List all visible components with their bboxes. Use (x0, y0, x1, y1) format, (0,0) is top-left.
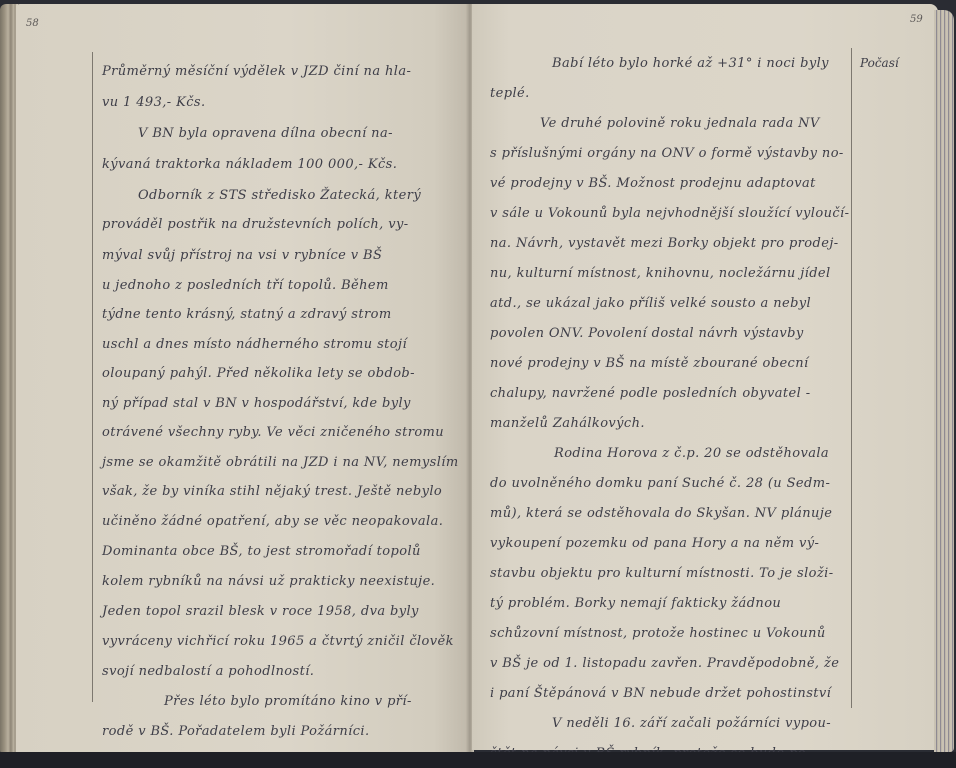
text-line: atd., se ukázal jako příliš velké sousto… (490, 296, 811, 311)
text-line: v BŠ je od 1. listopadu zavřen. Pravděpo… (490, 656, 839, 671)
text-line: v sále u Vokounů byla nejvhodnější slouž… (490, 206, 849, 221)
text-line: do uvolněného domku paní Suché č. 28 (u … (490, 476, 830, 491)
text-line: povolen ONV. Povolení dostal návrh výsta… (490, 326, 804, 341)
text-line: tý problém. Borky nemají fakticky žádnou (490, 596, 781, 611)
text-line: chalupy, navržené podle posledních obyva… (490, 386, 811, 401)
text-line: vu 1 493,- Kčs. (102, 95, 206, 110)
right-page-number: 59 (910, 14, 923, 25)
text-line: nové prodejny v BŠ na místě zbourané obe… (490, 356, 809, 371)
text-line: Průměrný měsíční výdělek v JZD činí na h… (102, 64, 411, 79)
text-line: týdne tento krásný, statný a zdravý stro… (102, 307, 392, 322)
text-line: mýval svůj přístroj na vsi v rybníce v B… (102, 248, 382, 263)
text-line: mů), která se odstěhovala do Skyšan. NV … (490, 506, 832, 521)
text-line: však, že by viníka stihl nějaký trest. J… (102, 484, 442, 499)
text-line: uschl a dnes místo nádherného stromu sto… (102, 337, 407, 352)
text-line: Ve druhé polovině roku jednala rada NV (540, 116, 820, 131)
text-line: na. Návrh, vystavět mezi Borky objekt pr… (490, 236, 839, 251)
text-line: kolem rybníků na návsi už prakticky neex… (102, 574, 435, 589)
text-line: s příslušnými orgány na ONV o formě výst… (490, 146, 844, 161)
text-line: oloupaný pahýl. Před několika lety se ob… (102, 366, 415, 381)
text-line: prováděl postřik na družstevních polích,… (102, 217, 409, 232)
open-book-spread: 58 Průměrný měsíční výdělek v JZD činí n… (0, 0, 956, 768)
left-margin-rule (92, 52, 93, 702)
text-line: vé prodejny v BŠ. Možnost prodejnu adapt… (490, 176, 816, 191)
text-line: učiněno žádné opatření, aby se věc neopa… (102, 514, 443, 529)
text-line: stavbu objektu pro kulturní místnosti. T… (490, 566, 834, 581)
text-line: Odborník z STS středisko Žatecká, který (138, 188, 421, 203)
left-page-number: 58 (26, 18, 39, 29)
text-line: jsme se okamžitě obrátili na JZD i na NV… (102, 455, 459, 470)
text-line: schůzovní místnost, protože hostinec u V… (490, 626, 826, 641)
text-line: otrávené všechny ryby. Ve věci zničeného… (102, 425, 444, 440)
margin-note-weather: Počasí (860, 56, 899, 70)
text-line: Rodina Horova z č.p. 20 se odstěhovala (554, 446, 829, 461)
text-line: Dominanta obce BŠ, to jest stromořadí to… (102, 544, 421, 559)
right-page: 59 Počasí Babí léto bylo horké až +31° i… (472, 4, 938, 750)
text-line: i paní Štěpánová v BN nebude držet pohos… (490, 686, 831, 701)
scan-background (0, 752, 956, 768)
text-line: kývaná traktorka nákladem 100 000,- Kčs. (102, 157, 397, 172)
text-line: vykoupení pozemku od pana Hory a na něm … (490, 536, 819, 551)
text-line: Babí léto bylo horké až +31° i noci byly (552, 56, 829, 71)
text-line: nu, kulturní místnost, knihovnu, nocležá… (490, 266, 831, 281)
text-line: rodě v BŠ. Pořadatelem byli Požárníci. (102, 724, 370, 739)
left-page: 58 Průměrný měsíční výdělek v JZD činí n… (14, 4, 470, 756)
text-line: Přes léto bylo promítáno kino v pří- (164, 694, 412, 709)
text-line: V BN byla opravena dílna obecní na- (138, 126, 393, 141)
right-page-stack-edges (934, 10, 954, 752)
text-line: vyvráceny vichřicí roku 1965 a čtvrtý zn… (102, 634, 454, 649)
text-line: u jednoho z posledních tří topolů. Během (102, 278, 389, 293)
text-line: svojí nedbalostí a pohodlností. (102, 664, 314, 679)
text-line: manželů Zahálkových. (490, 416, 645, 431)
text-line: Jeden topol srazil blesk v roce 1958, dv… (102, 604, 419, 619)
right-margin-rule (851, 48, 852, 708)
text-line: ný případ stal v BN v hospodářství, kde … (102, 396, 411, 411)
text-line: teplé. (490, 86, 530, 101)
text-line: V neděli 16. září začali požárníci vypou… (552, 716, 831, 731)
